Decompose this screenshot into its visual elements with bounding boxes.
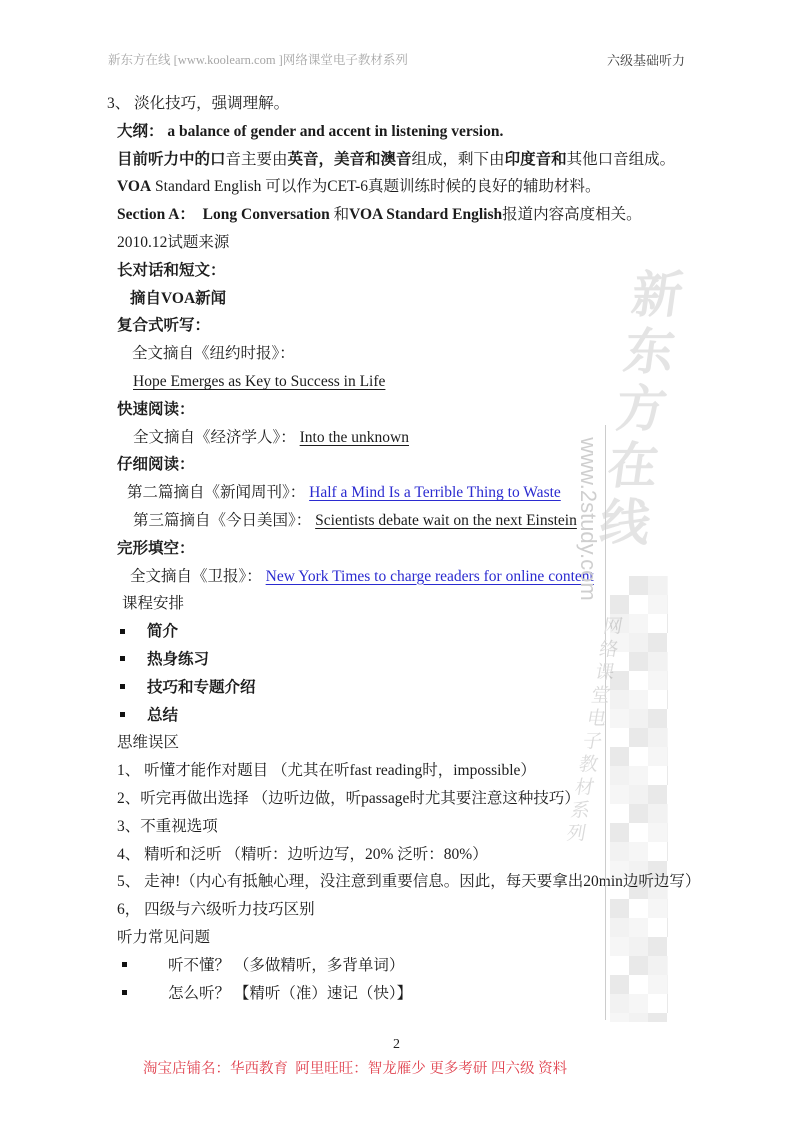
footer-promo-text: 淘宝店铺名：华西教育 阿里旺旺：智龙雁少 更多考研 四六级 资料 xyxy=(143,1057,567,1078)
text-run: 其他口音组成。 xyxy=(567,151,676,168)
text-run: 目前听力中的口 xyxy=(117,151,226,168)
text-run: 长对话和短文： xyxy=(117,262,226,279)
text-run: 4、 精听和泛听 （精听：边听边写，20% 泛听：80%） xyxy=(117,846,488,863)
text-run: 全文摘自《纽约时报》： xyxy=(132,345,295,362)
text-run: 思维误区 xyxy=(117,734,179,751)
document-page: 新东方在线 [www.koolearn.com ]网络课堂电子教材系列 六级基础… xyxy=(0,0,793,1122)
document-line: VOA Standard English 可以作为CET-6真题训练时候的良好的… xyxy=(107,173,707,201)
bullet-icon xyxy=(120,684,125,689)
text-run: 总结 xyxy=(147,707,178,724)
page-number: 2 xyxy=(0,1037,793,1053)
bullet-icon xyxy=(120,629,125,634)
text-run: Scientists debate wait on the next Einst… xyxy=(315,512,577,529)
text-run: 第三篇摘自《今日美国》： xyxy=(133,512,315,529)
text-run: 快速阅读： xyxy=(117,401,195,418)
text-run: 课程安排 xyxy=(122,595,184,612)
text-run: 全文摘自《卫报》： xyxy=(130,568,266,585)
text-run: 听力常见问题 xyxy=(117,929,210,946)
text-run: 怎么听？ 【精听（准）速记（快）】 xyxy=(168,985,412,1002)
text-run: 仔细阅读： xyxy=(117,456,195,473)
text-run: 英音，美音和澳音 xyxy=(288,151,412,168)
text-run: VOA xyxy=(117,178,151,195)
text-run: 技巧和专题介绍 xyxy=(147,679,256,696)
bullet-icon xyxy=(120,712,125,717)
text-run: Section A： Long Conversation xyxy=(117,206,334,223)
text-run: Hope Emerges as Key to Success in Life xyxy=(133,373,385,390)
text-run: 音主要由 xyxy=(226,151,288,168)
document-line: 大纲： a balance of gender and accent in li… xyxy=(107,118,707,146)
text-run: 和 xyxy=(334,206,350,223)
text-run: 热身练习 xyxy=(147,651,209,668)
text-run: Into the unknown xyxy=(300,429,409,446)
text-run: 全文摘自《经济学人》： xyxy=(133,429,300,446)
text-run: 1、 听懂才能作对题目 （尤其在听fast reading时，impossibl… xyxy=(117,762,536,779)
hyperlink[interactable]: Half a Mind Is a Terrible Thing to Waste xyxy=(309,484,561,501)
text-run: 组成，剩下由 xyxy=(412,151,505,168)
text-run: 复合式听写： xyxy=(117,317,210,334)
bullet-icon xyxy=(120,656,125,661)
text-run: 听不懂？ （多做精听，多背单词） xyxy=(168,957,404,974)
document-line: 长对话和短文： xyxy=(107,257,707,285)
text-run: 2、听完再做出选择 （边听边做，听passage时尤其要注意这种技巧） xyxy=(117,790,580,807)
text-run: 第二篇摘自《新闻周刊》： xyxy=(127,484,309,501)
text-run: Standard English 可以作为CET-6真题训练时候的良好的辅助材料… xyxy=(151,178,600,195)
text-run: VOA Standard English xyxy=(349,206,502,223)
text-run: 6， 四级与六级听力技巧区别 xyxy=(117,901,315,918)
bullet-icon xyxy=(122,990,127,995)
document-line: 2010.12试题来源 xyxy=(107,229,707,257)
text-run: 报道内容高度相关。 xyxy=(502,206,642,223)
bullet-icon xyxy=(122,962,127,967)
text-run: 完形填空： xyxy=(117,540,195,557)
header-series-title: 新东方在线 [www.koolearn.com ]网络课堂电子教材系列 xyxy=(108,50,408,68)
text-run: 印度音和 xyxy=(505,151,567,168)
document-line: 目前听力中的口音主要由英音，美音和澳音组成，剩下由印度音和其他口音组成。 xyxy=(107,146,707,174)
text-run: 大纲： a balance of gender and accent in li… xyxy=(117,123,503,140)
header-course-title: 六级基础听力 xyxy=(607,50,685,69)
watermark-site-url: www.2study.com xyxy=(575,423,601,615)
text-run: 2010.12试题来源 xyxy=(117,234,229,251)
document-line: Section A： Long Conversation 和VOA Standa… xyxy=(107,201,707,229)
watermark-checker-pattern xyxy=(610,576,668,1022)
text-run: 3、不重视选项 xyxy=(117,818,218,835)
text-run: 简介 xyxy=(147,623,178,640)
text-run: 摘自VOA新闻 xyxy=(130,290,226,307)
hyperlink[interactable]: New York Times to charge readers for onl… xyxy=(266,568,594,585)
text-run: 3、 淡化技巧，强调理解。 xyxy=(107,95,289,112)
document-line: 3、 淡化技巧，强调理解。 xyxy=(107,90,707,118)
